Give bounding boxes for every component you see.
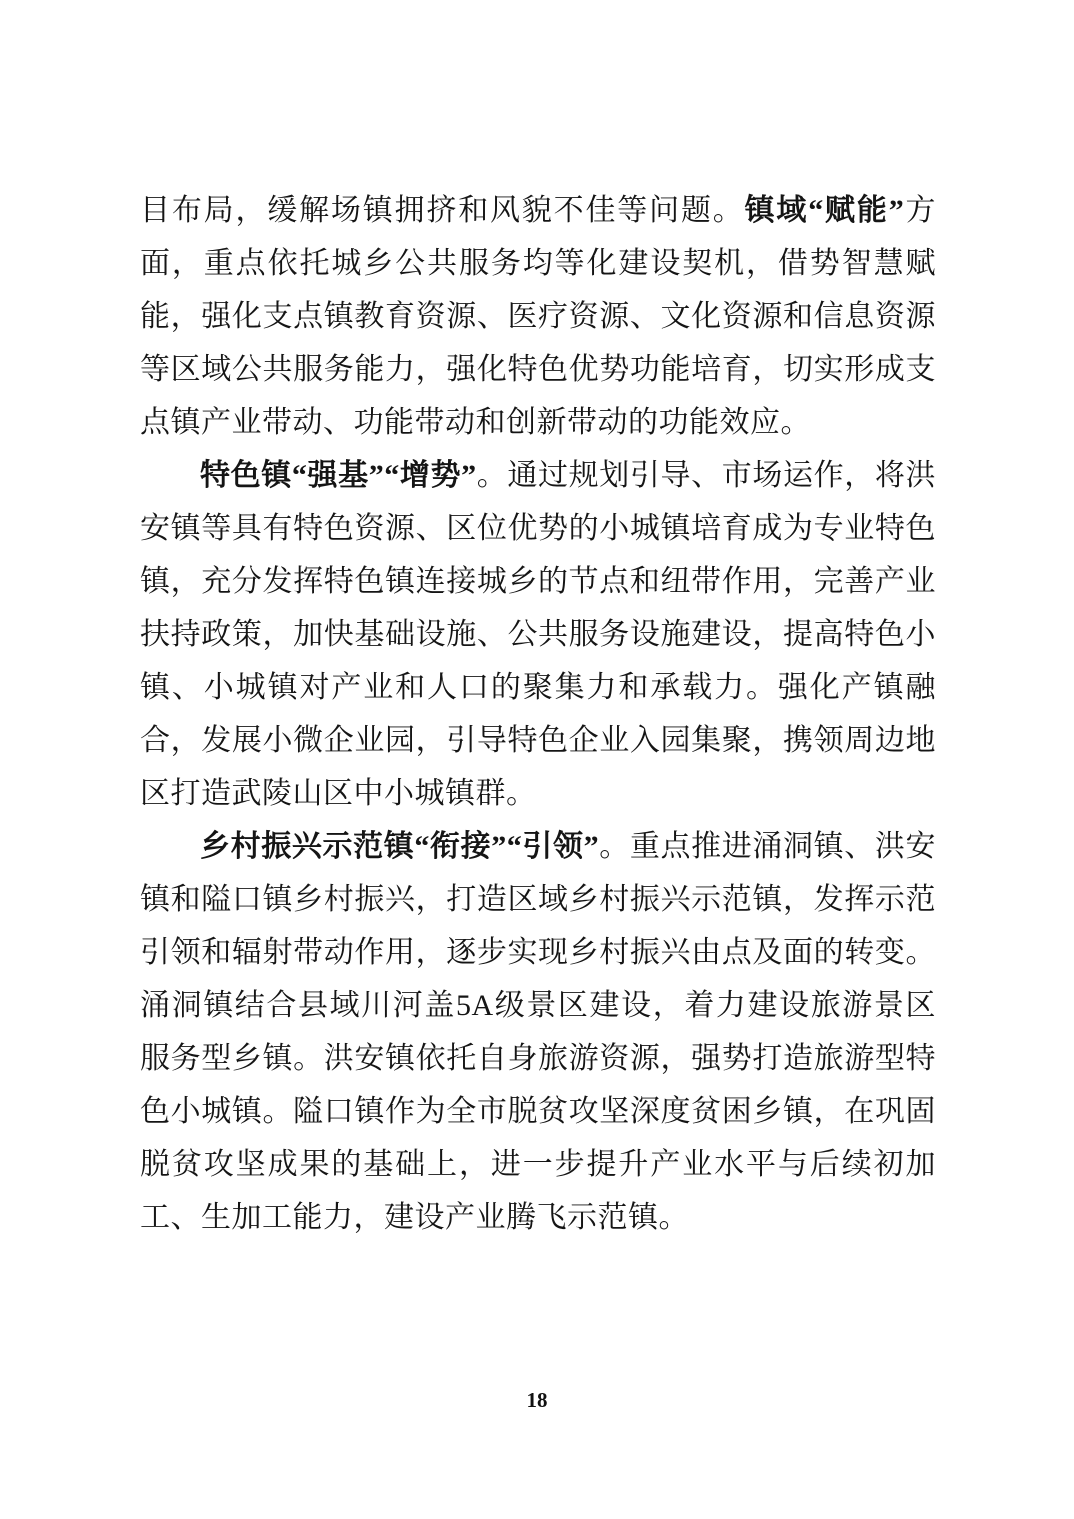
paragraph-characteristic-towns: 特色镇“强基”“增势”。通过规划引导、市场运作，将洪安镇等具有特色资源、区位优势… (140, 449, 936, 820)
emphasis-run: 特色镇“强基”“增势” (200, 459, 477, 492)
paragraph-town-domain-empowerment: 目布局，缓解场镇拥挤和风貌不佳等问题。镇域“赋能”方面，重点依托城乡公共服务均等… (140, 184, 936, 449)
emphasis-run: 镇域“赋能” (745, 194, 905, 227)
emphasis-run: 乡村振兴示范镇“衔接”“引领” (200, 830, 599, 863)
paragraph-rural-revitalization-demo-towns: 乡村振兴示范镇“衔接”“引领”。重点推进涌洞镇、洪安镇和隘口镇乡村振兴，打造区域… (140, 820, 936, 1244)
text-run: 目布局，缓解场镇拥挤和风貌不佳等问题。 (140, 194, 745, 227)
text-run: 。通过规划引导、市场运作，将洪安镇等具有特色资源、区位优势的小城镇培育成为专业特… (140, 459, 936, 810)
document-page: 目布局，缓解场镇拥挤和风貌不佳等问题。镇域“赋能”方面，重点依托城乡公共服务均等… (0, 0, 1074, 1519)
text-run: 方面，重点依托城乡公共服务均等化建设契机，借势智慧赋能，强化支点镇教育资源、医疗… (140, 194, 936, 439)
document-body: 目布局，缓解场镇拥挤和风貌不佳等问题。镇域“赋能”方面，重点依托城乡公共服务均等… (140, 184, 936, 1244)
text-run: 。重点推进涌洞镇、洪安镇和隘口镇乡村振兴，打造区域乡村振兴示范镇，发挥示范引领和… (140, 830, 936, 1234)
page-number: 18 (0, 1388, 1074, 1413)
